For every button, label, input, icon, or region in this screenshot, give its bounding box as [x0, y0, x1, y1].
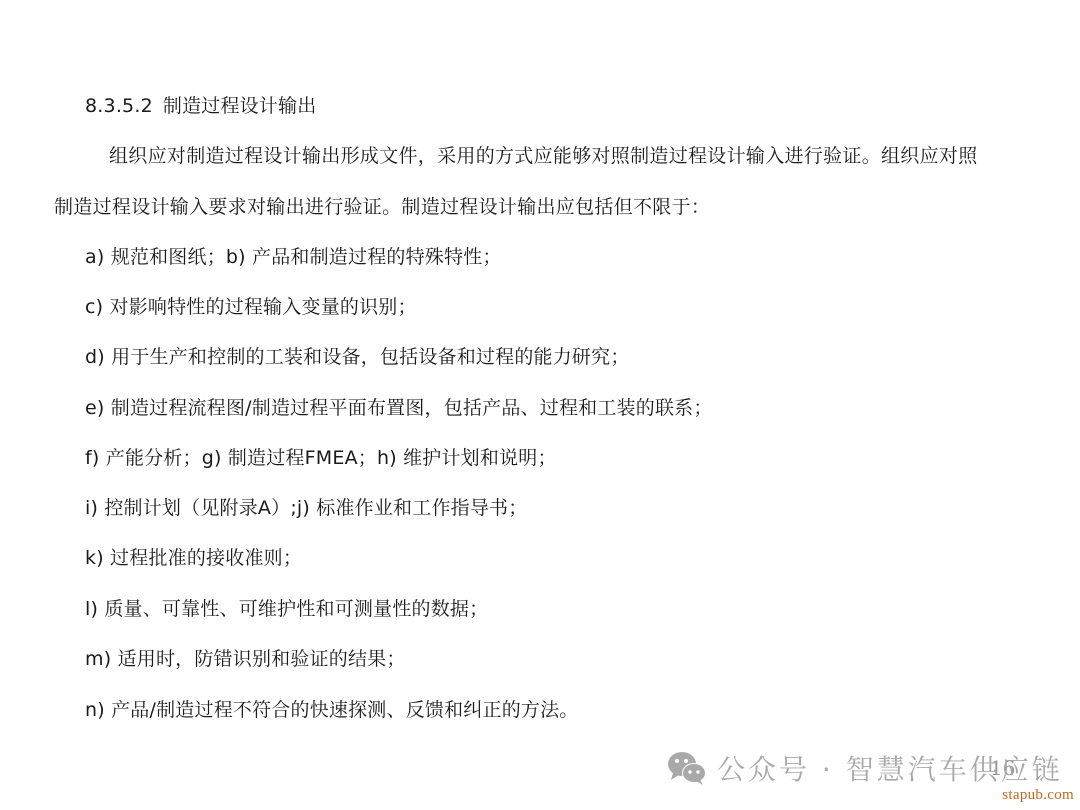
wechat-icon	[667, 751, 707, 785]
list-item-a-b: a) 规范和图纸；b) 产品和制造过程的特殊特性；	[85, 243, 502, 271]
list-item-e: e) 制造过程流程图/制造过程平面布置图，包括产品、过程和工装的联系；	[85, 394, 713, 422]
list-item-m: m) 适用时，防错识别和验证的结果；	[85, 645, 406, 673]
list-item-k: k) 过程批准的接收准则；	[85, 544, 302, 572]
list-item-c: c) 对影响特性的过程输入变量的识别；	[85, 293, 417, 321]
list-item-n: n) 产品/制造过程不符合的快速探测、反馈和纠正的方法。	[85, 696, 579, 724]
list-item-d: d) 用于生产和控制的工装和设备，包括设备和过程的能力研究；	[85, 343, 630, 371]
list-item-i-j: i) 控制计划（见附录A）;j) 标准作业和工作指导书；	[85, 494, 527, 522]
wechat-watermark: 公众号 · 智慧汽车供应链	[667, 748, 1063, 788]
site-watermark: stapub.com	[1002, 787, 1074, 804]
list-item-f-g-h: f) 产能分析；g) 制造过程FMEA；h) 维护计划和说明；	[85, 444, 557, 472]
paragraph-line-1: 组织应对制造过程设计输出形成文件，采用的方式应能够对照制造过程设计输入进行验证。…	[109, 142, 978, 170]
section-title: 制造过程设计输出	[163, 95, 317, 117]
document-page: 8.3.5.2制造过程设计输出 组织应对制造过程设计输出形成文件，采用的方式应能…	[0, 0, 1080, 810]
paragraph-line-2: 制造过程设计输入要求对输出进行验证。制造过程设计输出应包括但不限于：	[54, 193, 710, 221]
section-heading: 8.3.5.2制造过程设计输出	[85, 92, 316, 120]
section-number: 8.3.5.2	[85, 95, 153, 117]
list-item-l: l) 质量、可靠性、可维护性和可测量性的数据；	[85, 595, 488, 623]
watermark-text: 公众号 · 智慧汽车供应链	[717, 748, 1063, 788]
